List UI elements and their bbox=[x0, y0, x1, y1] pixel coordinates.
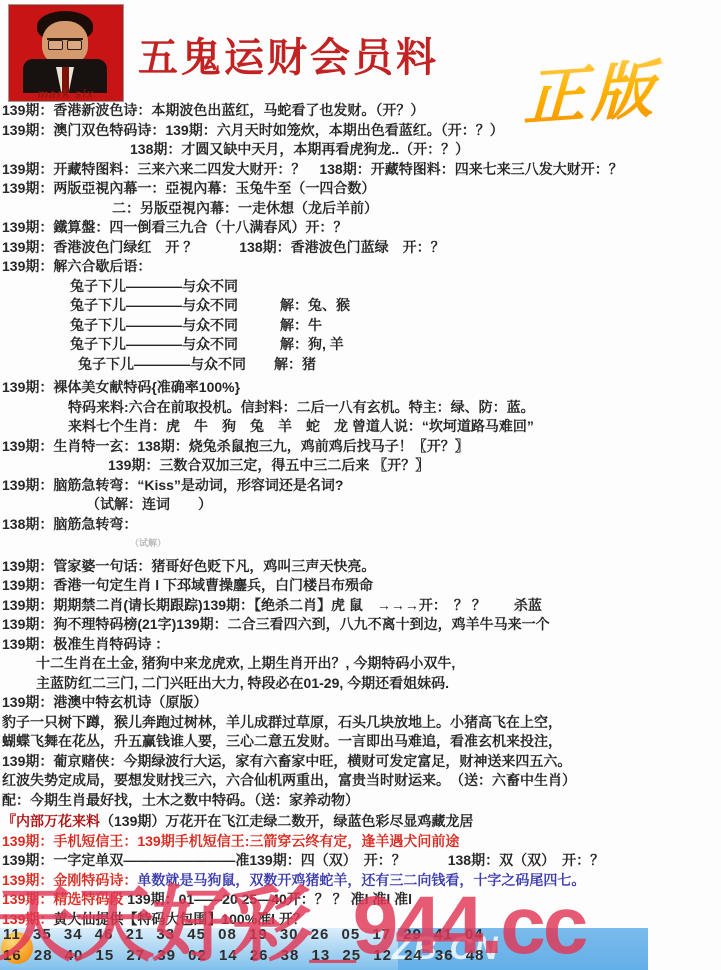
text-line: （试解） bbox=[2, 534, 719, 554]
text-line: 139期：极准生肖特码诗 ： bbox=[2, 635, 719, 655]
text-line: 蝴蝶飞舞在花丛，升五赢钱谁人要，三心二意五发财。一言即出马难追，看准玄机来投注， bbox=[2, 732, 719, 752]
text-line: 来料七个生肖：虎 牛 狗 兔 羊 蛇 龙 曾道人说：“坎坷道路马难回” bbox=[2, 417, 719, 437]
text-segment: 139期：港澳中特玄机诗（原版） bbox=[2, 694, 207, 710]
text-segment: 来料七个生肖：虎 牛 狗 兔 羊 蛇 龙 曾道人说：“坎坷道路马难回” bbox=[68, 418, 534, 434]
text-segment: （139期）万花开在飞江走绿二数开，绿蓝色彩尽显鸡藏龙居 bbox=[100, 813, 473, 829]
text-segment: 兔子下儿————与众不同 bbox=[70, 278, 238, 294]
text-segment: 139期：解六合歇后语： bbox=[2, 258, 151, 274]
genuine-badge: 正版 bbox=[523, 39, 662, 138]
text-segment: 配：今期生肖最好找，土木之数中特码。（送：家养动物） bbox=[2, 792, 359, 808]
text-line: 红波失势定成局，要想发财找三六，六合仙机两重出，富贵当时财运来。 （送：六畜中生… bbox=[2, 771, 719, 791]
text-line: 139期：裸体美女献特码{准确率100%} bbox=[2, 378, 719, 398]
text-line: 139期：香港波色门绿红 开 ？ 138期：香港波色门蓝绿 开：？ bbox=[2, 238, 719, 258]
text-segment: 139期：鐵算盤：四一倒看三九合（十八满春风）开：？ bbox=[2, 219, 347, 235]
text-line: 兔子下儿————与众不同 bbox=[2, 277, 719, 297]
text-line: 139期：期期禁二肖(请长期跟踪)139期：【绝杀二肖】虎 鼠 →→→开： ？ … bbox=[2, 596, 719, 616]
text-segment: 139期：澳门双色特码诗：139期：六月天时如笼炊，本期出色看蓝红。（开：？） bbox=[2, 122, 504, 138]
text-segment: 139期：脑筋急转弯：“Kiss”是动词，形容词还是名词? bbox=[2, 477, 343, 493]
portrait-photo: mark six bbox=[8, 4, 124, 102]
text-segment: 兔子下儿————与众不同 解：牛 bbox=[70, 317, 322, 333]
text-line: 138期：脑筋急转弯： bbox=[2, 515, 719, 535]
text-segment: 十二生肖在土金, 猪狗中来龙虎欢, 上期生肖开出？, 今期特码小双牛, bbox=[36, 655, 455, 671]
text-segment: 139期：香港波色门绿红 开 ？ 138期：香港波色门蓝绿 开：？ bbox=[2, 239, 445, 255]
text-line: 139期：解六合歇后语： bbox=[2, 257, 719, 277]
text-segment: 兔子下儿————与众不同 解：猪 bbox=[78, 356, 316, 372]
text-line: 139期：管家婆一句话：猪哥好色贬下凡，鸡叫三声天快亮。 bbox=[2, 557, 719, 577]
text-line: 138期：才圆又缺中天月，本期再看虎狗龙..（开：？） bbox=[2, 140, 719, 160]
text-segment: （试解） bbox=[130, 538, 166, 548]
text-segment: 138期：才圆又缺中天月，本期再看虎狗龙..（开：？） bbox=[130, 141, 469, 157]
lottery-tip-sheet: mark six 五鬼运财会员料 正版 139期：香港新波色诗：本期波色出蓝红，… bbox=[0, 0, 721, 970]
page-title: 五鬼运财会员料 bbox=[138, 26, 478, 83]
text-segment: 139期：手机短信王：139期手机短信王:三箭穿云终有定，逢羊遇犬问前途 bbox=[2, 833, 459, 849]
text-line: 特码来料:六合在前取投机。信封料：二后一八有玄机。特主：绿、防：蓝。 bbox=[2, 398, 719, 418]
photo-caption: mark six bbox=[9, 87, 123, 101]
text-segment: 139期：狗不理特码榜(21字)139期：二合三看四六到，八九不离十到边，鸡羊牛… bbox=[2, 616, 550, 632]
text-line: 十二生肖在土金, 猪狗中来龙虎欢, 上期生肖开出？, 今期特码小双牛, bbox=[2, 654, 719, 674]
text-segment: 139期：期期禁二肖(请长期跟踪)139期：【绝杀二肖】虎 鼠 →→→开： ？ … bbox=[2, 597, 542, 613]
text-line: （试解：连词 ） bbox=[2, 495, 719, 515]
text-segment: 豹子一只树下蹲，猴儿奔跑过树林，羊儿成群过草原，石头几块放地上。小猪高飞在上空， bbox=[2, 714, 562, 730]
text-line: 139期：开藏特图料：三来六来二四发大财开：？ 138期：开藏特图料：四来七来三… bbox=[2, 160, 719, 180]
text-segment: 139期：生肖特一玄：138期：烧兔杀鼠抱三九，鸡前鸡后找马子！〖开？〗 bbox=[2, 438, 469, 454]
text-line: 兔子下儿————与众不同 解：兔、猴 bbox=[2, 296, 719, 316]
text-segment: 139期：香港新波色诗：本期波色出蓝红，马蛇看了也发财。（开？） bbox=[2, 102, 424, 118]
tips-text-block: 139期：香港新波色诗：本期波色出蓝红，马蛇看了也发财。（开？）139期：澳门双… bbox=[2, 101, 719, 929]
text-line: 139期：鐵算盤：四一倒看三九合（十八满春风）开：？ bbox=[2, 218, 719, 238]
text-segment: 139期：葡京赌侠：今期绿波行大运，家有六畜家中旺，横财可发定富足，财神送来四五… bbox=[2, 753, 571, 769]
text-line: 139期：生肖特一玄：138期：烧兔杀鼠抱三九，鸡前鸡后找马子！〖开？〗 bbox=[2, 437, 719, 457]
text-line: 139期：狗不理特码榜(21字)139期：二合三看四六到，八九不离十到边，鸡羊牛… bbox=[2, 615, 719, 635]
text-segment: 139期：管家婆一句话：猪哥好色贬下凡，鸡叫三声天快亮。 bbox=[2, 558, 375, 574]
text-line: 兔子下儿————与众不同 解：牛 bbox=[2, 316, 719, 336]
text-line: 豹子一只树下蹲，猴儿奔跑过树林，羊儿成群过草原，石头几块放地上。小猪高飞在上空， bbox=[2, 713, 719, 733]
text-line: 139期：脑筋急转弯：“Kiss”是动词，形容词还是名词? bbox=[2, 476, 719, 496]
text-line: 二：另版亞視內幕：一走休想（龙后羊前） bbox=[2, 199, 719, 219]
text-segment: 139期：极准生肖特码诗 ： bbox=[2, 636, 169, 652]
text-segment: 特码来料:六合在前取投机。信封料：二后一八有玄机。特主：绿、防：蓝。 bbox=[68, 399, 535, 415]
text-line: 139期：港澳中特玄机诗（原版） bbox=[2, 693, 719, 713]
text-segment: 『内部万花来料 bbox=[2, 813, 100, 829]
text-segment: 139期：香港一句定生肖 l 下邳域曹操鏖兵，白门楼吕布殒命 bbox=[2, 577, 373, 593]
text-line: 139期：手机短信王：139期手机短信王:三箭穿云终有定，逢羊遇犬问前途 bbox=[2, 832, 719, 852]
text-line: 139期：葡京赌侠：今期绿波行大运，家有六畜家中旺，横财可发定富足，财神送来四五… bbox=[2, 752, 719, 772]
text-segment: 蝴蝶飞舞在花丛，升五赢钱谁人要，三心二意五发财。一言即出马难追，看准玄机来投注， bbox=[2, 733, 562, 749]
text-segment: 139期：裸体美女献特码{准确率100%} bbox=[2, 379, 240, 395]
red-watermark: 天天好彩_944.cc bbox=[0, 860, 585, 970]
text-segment: 139期：开藏特图料：三来六来二四发大财开：？ 138期：开藏特图料：四来七来三… bbox=[2, 161, 623, 177]
text-line: 兔子下儿————与众不同 解：猪 bbox=[2, 355, 719, 375]
text-segment: 139期：三数合双加三定，得五中三二后来 〖开？〗 bbox=[108, 457, 429, 473]
text-segment: （试解：连词 ） bbox=[86, 496, 212, 512]
text-segment: 红波失势定成局，要想发财找三六，六合仙机两重出，富贵当时财运来。 （送：六畜中生… bbox=[2, 772, 576, 788]
text-segment: 兔子下儿————与众不同 解：兔、猴 bbox=[70, 297, 350, 313]
text-segment: 兔子下儿————与众不同 解：狗, 羊 bbox=[70, 336, 344, 352]
text-segment: 138期：脑筋急转弯： bbox=[2, 516, 137, 532]
text-line: 配：今期生肖最好找，土木之数中特码。（送：家养动物） bbox=[2, 791, 719, 811]
glasses-icon bbox=[47, 38, 83, 49]
text-segment: 主蓝防红二三门, 二门兴旺出大力, 特段必在01-29, 今期还看姐妹码. bbox=[36, 675, 449, 691]
text-line: 兔子下儿————与众不同 解：狗, 羊 bbox=[2, 335, 719, 355]
text-segment: 139期：两版亞視內幕一：亞視內幕：玉兔牛至（一四合数） bbox=[2, 180, 375, 196]
text-line: 主蓝防红二三门, 二门兴旺出大力, 特段必在01-29, 今期还看姐妹码. bbox=[2, 674, 719, 694]
text-segment: 二：另版亞視內幕：一走休想（龙后羊前） bbox=[112, 200, 378, 216]
text-line: 139期：三数合双加三定，得五中三二后来 〖开？〗 bbox=[2, 456, 719, 476]
text-line: 『内部万花来料（139期）万花开在飞江走绿二数开，绿蓝色彩尽显鸡藏龙居 bbox=[2, 812, 719, 832]
text-line: 139期：两版亞視內幕一：亞視內幕：玉兔牛至（一四合数） bbox=[2, 179, 719, 199]
text-line: 139期：香港一句定生肖 l 下邳域曹操鏖兵，白门楼吕布殒命 bbox=[2, 576, 719, 596]
